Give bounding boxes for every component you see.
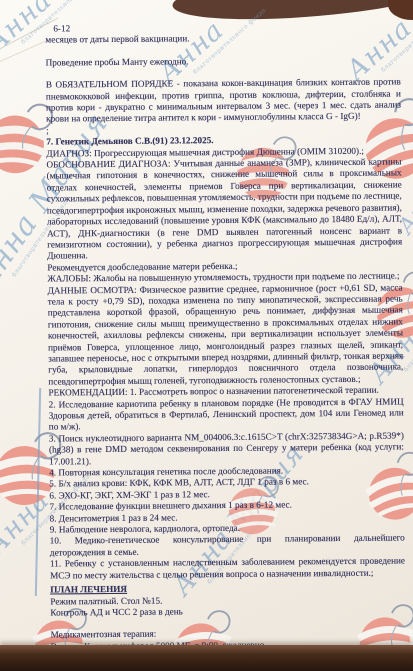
- document-paragraph: Контроль АД и ЧСС 2 раза в день: [50, 604, 405, 619]
- document-paragraph: 3. Поиск нуклеотидного варианта NM_00400…: [49, 430, 404, 467]
- table-background-bottom: [0, 645, 413, 671]
- document-paragraph: 11. Ребенку с установленным наследственн…: [50, 556, 405, 582]
- document-paragraph: 2. Исследование кариотипа ребенку в план…: [49, 396, 404, 433]
- document-paragraph: В ОБЯЗАТЕЛЬНОМ ПОРЯДКЕ - показана кокон-…: [46, 77, 401, 126]
- document-paragraph: 10. Медико-генетическое консультирование…: [50, 533, 405, 559]
- document-paragraph: Проведение пробы Манту ежегодно.: [46, 54, 401, 69]
- document-paragraph: ДАННЫЕ ОСМОТРА: Физическое развитие сред…: [48, 282, 404, 388]
- document-photo: Анна благотворительного фонда Анна благо…: [0, 0, 413, 671]
- document-paragraph: ОБОСНОВАНИЕ ДИАГНОЗА: Учитывая данные ан…: [46, 157, 402, 263]
- document-body: 6-12месяцев от даты первой вакцинации.Пр…: [45, 20, 405, 652]
- document-paragraph: месяцев от даты первой вакцинации.: [45, 32, 400, 47]
